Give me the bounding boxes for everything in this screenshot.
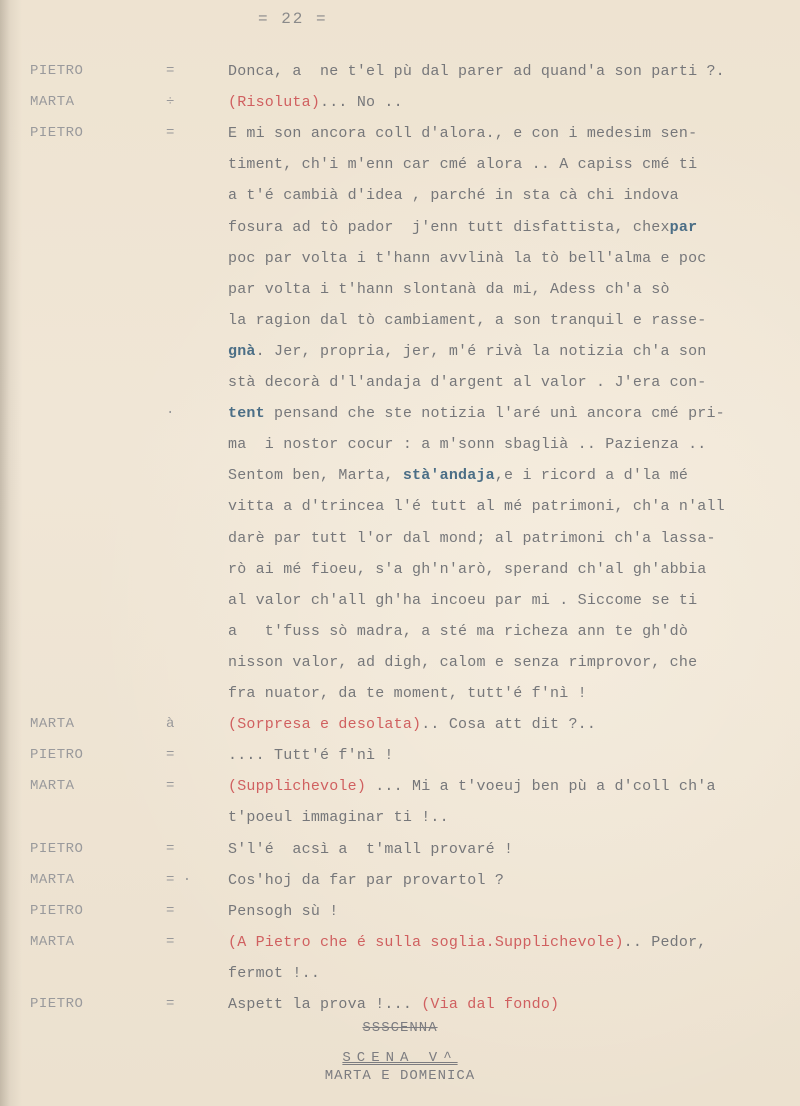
speaker-separator: = [166, 771, 186, 802]
line-text: al valor ch'all gh'ha incoeu par mi . Si… [228, 585, 697, 616]
speaker-name: PIETRO [30, 834, 150, 865]
speaker-name: PIETRO [30, 989, 150, 1020]
typewritten-page: = 22 = PIETRO=Donca, a ne t'el pù dal pa… [0, 0, 800, 1106]
dialogue-line: t'poeul immaginar ti !.. [0, 802, 800, 833]
speaker-name: MARTA [30, 87, 150, 118]
dialogue-line: vitta a d'trincea l'é tutt al mé patrimo… [0, 491, 800, 522]
dialogue-line: poc par volta i t'hann avvlinà la tò bel… [0, 243, 800, 274]
overstruck-text: stà'andaja [403, 467, 495, 484]
dialogue-text: S'l'é acsì a t'mall provaré ! [228, 841, 513, 858]
dialogue-text: t'poeul immaginar ti !.. [228, 809, 449, 826]
overstruck-text: par [670, 219, 698, 236]
dialogue-text: vitta a d'trincea l'é tutt al mé patrimo… [228, 498, 725, 515]
dialogue-text: . Jer, propria, jer, m'é rivà la notizia… [256, 343, 707, 360]
line-text: t'poeul immaginar ti !.. [228, 802, 449, 833]
line-text: fermot !.. [228, 958, 320, 989]
struck-out-text: SSSCENNA [310, 1020, 490, 1036]
page-number: = 22 = [258, 10, 328, 28]
dialogue-line: MARTA÷(Risoluta)... No .. [0, 87, 800, 118]
speaker-name: PIETRO [30, 896, 150, 927]
dialogue-text: par volta i t'hann slontanà da mi, Adess… [228, 281, 670, 298]
line-text: fra nuator, da te moment, tutt'é f'nì ! [228, 678, 587, 709]
dialogue-text: Pensogh sù ! [228, 903, 338, 920]
speaker-separator: ÷ [166, 87, 186, 118]
line-text: Sentom ben, Marta, stà'andaja,e i ricord… [228, 460, 688, 491]
line-text: a t'fuss sò madra, a sté ma richeza ann … [228, 616, 688, 647]
line-text: .... Tutt'é f'nì ! [228, 740, 394, 771]
speaker-separator: · [166, 398, 186, 429]
speaker-separator: = · [166, 865, 186, 896]
line-text: par volta i t'hann slontanà da mi, Adess… [228, 274, 670, 305]
dialogue-text: nisson valor, ad digh, calom e senza rim… [228, 654, 697, 671]
dialogue-line: MARTAà(Sorpresa e desolata).. Cosa att d… [0, 709, 800, 740]
dialogue-text: pensand che ste notizia l'aré unì ancora… [265, 405, 725, 422]
dialogue-line: PIETRO=S'l'é acsì a t'mall provaré ! [0, 834, 800, 865]
dialogue-line: nisson valor, ad digh, calom e senza rim… [0, 647, 800, 678]
dialogue-text: darè par tutt l'or dal mond; al patrimon… [228, 530, 716, 547]
line-text: S'l'é acsì a t'mall provaré ! [228, 834, 513, 865]
stage-direction: (Via dal fondo) [421, 996, 559, 1013]
line-text: Aspett la prova !... (Via dal fondo) [228, 989, 559, 1020]
scene-heading: SCENA V^ [310, 1050, 490, 1066]
scene-characters: MARTA E DOMENICA [310, 1068, 490, 1084]
dialogue-line: la ragion dal tò cambiament, a son tranq… [0, 305, 800, 336]
dialogue-text: E mi son ancora coll d'alora., e con i m… [228, 125, 697, 142]
dialogue-line: PIETRO=Aspett la prova !... (Via dal fon… [0, 989, 800, 1020]
dialogue-text: a t'fuss sò madra, a sté ma richeza ann … [228, 623, 688, 640]
dialogue-line: al valor ch'all gh'ha incoeu par mi . Si… [0, 585, 800, 616]
dialogue-line: par volta i t'hann slontanà da mi, Adess… [0, 274, 800, 305]
line-text: (A Pietro che é sulla soglia.Supplichevo… [228, 927, 707, 958]
stage-direction: (Risoluta) [228, 94, 320, 111]
line-text: Pensogh sù ! [228, 896, 338, 927]
speaker-separator: = [166, 989, 186, 1020]
speaker-separator: = [166, 927, 186, 958]
dialogue-text: stà decorà d'l'andaja d'argent al valor … [228, 374, 706, 391]
line-text: nisson valor, ad digh, calom e senza rim… [228, 647, 697, 678]
line-text: ma i nostor cocur : a m'sonn sbaglià .. … [228, 429, 706, 460]
dialogue-line: gnà. Jer, propria, jer, m'é rivà la noti… [0, 336, 800, 367]
dialogue-text: la ragion dal tò cambiament, a son tranq… [228, 312, 706, 329]
dialogue-text: .... Tutt'é f'nì ! [228, 747, 394, 764]
dialogue-text: Donca, a ne t'el pù dal parer ad quand'a… [228, 63, 725, 80]
line-text: a t'é cambià d'idea , parché in sta cà c… [228, 180, 679, 211]
dialogue-text: fra nuator, da te moment, tutt'é f'nì ! [228, 685, 587, 702]
stage-direction: (Sorpresa e desolata) [228, 716, 421, 733]
speaker-separator: = [166, 740, 186, 771]
stage-direction: (Supplichevole) [228, 778, 366, 795]
dialogue-text: al valor ch'all gh'ha incoeu par mi . Si… [228, 592, 697, 609]
speaker-name: PIETRO [30, 118, 150, 149]
dialogue-line: MARTA= ·Cos'hoj da far par provartol ? [0, 865, 800, 896]
dialogue-line: darè par tutt l'or dal mond; al patrimon… [0, 523, 800, 554]
dialogue-text: Sentom ben, Marta, [228, 467, 403, 484]
speaker-name: MARTA [30, 927, 150, 958]
speaker-name: MARTA [30, 709, 150, 740]
line-text: stà decorà d'l'andaja d'argent al valor … [228, 367, 706, 398]
line-text: timent, ch'i m'enn car cmé alora .. A ca… [228, 149, 697, 180]
speaker-name: MARTA [30, 771, 150, 802]
dialogue-text: ma i nostor cocur : a m'sonn sbaglià .. … [228, 436, 706, 453]
dialogue-line: MARTA=(Supplichevole) ... Mi a t'voeuj b… [0, 771, 800, 802]
line-text: (Risoluta)... No .. [228, 87, 403, 118]
speaker-separator: = [166, 834, 186, 865]
dialogue-text: a t'é cambià d'idea , parché in sta cà c… [228, 187, 679, 204]
dialogue-line: PIETRO=.... Tutt'é f'nì ! [0, 740, 800, 771]
dialogue-line: stà decorà d'l'andaja d'argent al valor … [0, 367, 800, 398]
dialogue-line: fra nuator, da te moment, tutt'é f'nì ! [0, 678, 800, 709]
line-text: rò ai mé fioeu, s'a gh'n'arò, sperand ch… [228, 554, 706, 585]
dialogue-line: rò ai mé fioeu, s'a gh'n'arò, sperand ch… [0, 554, 800, 585]
dialogue-text: .. Cosa att dit ?.. [421, 716, 596, 733]
line-text: poc par volta i t'hann avvlinà la tò bel… [228, 243, 706, 274]
line-text: tent pensand che ste notizia l'aré unì a… [228, 398, 725, 429]
line-text: la ragion dal tò cambiament, a son tranq… [228, 305, 706, 336]
overstruck-text: tent [228, 405, 265, 422]
speaker-separator: à [166, 709, 186, 740]
line-text: Cos'hoj da far par provartol ? [228, 865, 504, 896]
line-text: (Supplichevole) ... Mi a t'voeuj ben pù … [228, 771, 716, 802]
dialogue-line: fosura ad tò pador j'enn tutt disfattist… [0, 212, 800, 243]
dialogue-text: Cos'hoj da far par provartol ? [228, 872, 504, 889]
dialogue-text: poc par volta i t'hann avvlinà la tò bel… [228, 250, 706, 267]
line-text: Donca, a ne t'el pù dal parer ad quand'a… [228, 56, 725, 87]
speaker-name: MARTA [30, 865, 150, 896]
dialogue-line: MARTA=(A Pietro che é sulla soglia.Suppl… [0, 927, 800, 958]
dialogue-line: ·tent pensand che ste notizia l'aré unì … [0, 398, 800, 429]
line-text: vitta a d'trincea l'é tutt al mé patrimo… [228, 491, 725, 522]
speaker-separator: = [166, 118, 186, 149]
dialogue-line: a t'fuss sò madra, a sté ma richeza ann … [0, 616, 800, 647]
dialogue-line: ma i nostor cocur : a m'sonn sbaglià .. … [0, 429, 800, 460]
dialogue-text: timent, ch'i m'enn car cmé alora .. A ca… [228, 156, 697, 173]
overstruck-text: gnà [228, 343, 256, 360]
speaker-separator: = [166, 896, 186, 927]
speaker-name: PIETRO [30, 56, 150, 87]
speaker-name: PIETRO [30, 740, 150, 771]
dialogue-line: timent, ch'i m'enn car cmé alora .. A ca… [0, 149, 800, 180]
line-text: gnà. Jer, propria, jer, m'é rivà la noti… [228, 336, 706, 367]
dialogue-line: PIETRO=Pensogh sù ! [0, 896, 800, 927]
dialogue-text: Aspett la prova !... [228, 996, 421, 1013]
stage-direction: (A Pietro che é sulla soglia.Supplichevo… [228, 934, 624, 951]
dialogue-text: fosura ad tò pador j'enn tutt disfattist… [228, 219, 670, 236]
dialogue-line: PIETRO=E mi son ancora coll d'alora., e … [0, 118, 800, 149]
dialogue-line: fermot !.. [0, 958, 800, 989]
dialogue-text: rò ai mé fioeu, s'a gh'n'arò, sperand ch… [228, 561, 706, 578]
line-text: fosura ad tò pador j'enn tutt disfattist… [228, 212, 697, 243]
line-text: (Sorpresa e desolata).. Cosa att dit ?.. [228, 709, 596, 740]
dialogue-text: ,e i ricord a d'la mé [495, 467, 688, 484]
line-text: E mi son ancora coll d'alora., e con i m… [228, 118, 697, 149]
dialogue-text: .. Pedor, [624, 934, 707, 951]
dialogue-text: ... Mi a t'voeuj ben pù a d'coll ch'a [366, 778, 716, 795]
dialogue-text: ... No .. [320, 94, 403, 111]
dialogue-text: fermot !.. [228, 965, 320, 982]
dialogue-line: PIETRO=Donca, a ne t'el pù dal parer ad … [0, 56, 800, 87]
dialogue-line: a t'é cambià d'idea , parché in sta cà c… [0, 180, 800, 211]
dialogue-line: Sentom ben, Marta, stà'andaja,e i ricord… [0, 460, 800, 491]
line-text: darè par tutt l'or dal mond; al patrimon… [228, 523, 716, 554]
speaker-separator: = [166, 56, 186, 87]
